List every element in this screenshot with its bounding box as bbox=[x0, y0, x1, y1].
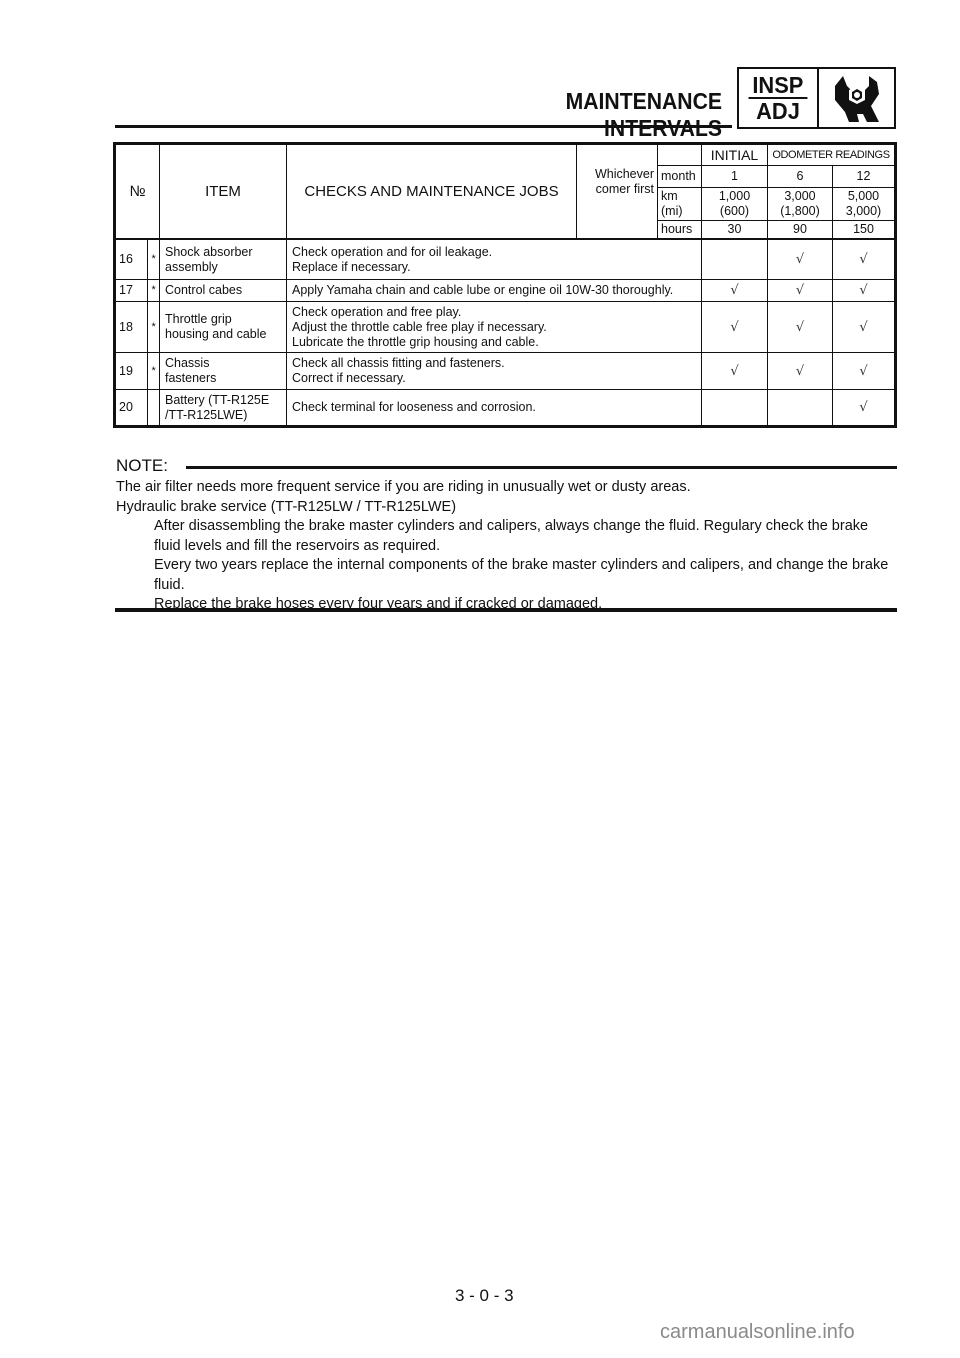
row-jobs: Check operation and for oil leakage.Repl… bbox=[287, 240, 702, 280]
interval-value-text: 1 bbox=[731, 169, 738, 184]
interval-value-text: 90 bbox=[793, 222, 807, 237]
section-logo: INSP ADJ bbox=[737, 67, 896, 129]
interval-unit-text: (mi) bbox=[661, 204, 683, 219]
note-line: Every two years replace the internal com… bbox=[116, 556, 898, 595]
header-item: ITEM bbox=[160, 145, 287, 240]
row-item: Throttle griphousing and cable bbox=[160, 302, 287, 353]
row-mark-text: * bbox=[152, 320, 156, 335]
row-check: √ bbox=[833, 280, 894, 302]
row-check bbox=[768, 390, 833, 425]
row-item-text: housing and cable bbox=[165, 327, 266, 342]
header-odometer-text: ODOMETER READINGS bbox=[772, 148, 889, 163]
row-item-text: Throttle grip bbox=[165, 312, 266, 327]
check-mark-icon: √ bbox=[730, 364, 738, 379]
row-check bbox=[702, 390, 768, 425]
page-number: 3 - 0 - 3 bbox=[455, 1286, 514, 1306]
row-item: Control cabes bbox=[160, 280, 287, 302]
check-mark-icon: √ bbox=[730, 283, 738, 298]
row-check: √ bbox=[833, 240, 894, 280]
row-number-text: 16 bbox=[119, 252, 133, 267]
row-jobs-text: Check all chassis fitting and fasteners. bbox=[292, 356, 505, 371]
interval-value: 6 bbox=[768, 166, 833, 188]
interval-value-text: 3,000 bbox=[780, 189, 820, 204]
note-line: Hydraulic brake service (TT-R125LW / TT-… bbox=[116, 498, 898, 518]
watermark: carmanualsonline.info bbox=[660, 1321, 855, 1344]
row-number: 17 bbox=[116, 280, 148, 302]
row-item-text: fasteners bbox=[165, 371, 216, 386]
interval-value-text: 5,000 bbox=[846, 189, 881, 204]
row-mark: * bbox=[148, 353, 160, 390]
interval-value-text: 1,000 bbox=[719, 189, 750, 204]
check-mark-icon: √ bbox=[796, 320, 804, 335]
interval-value: 3,000(1,800) bbox=[768, 188, 833, 221]
header-blank bbox=[658, 145, 702, 166]
row-jobs-text: Correct if necessary. bbox=[292, 371, 505, 386]
row-mark-text: * bbox=[152, 252, 156, 267]
row-check: √ bbox=[768, 240, 833, 280]
row-item-text: Control cabes bbox=[165, 283, 242, 298]
row-jobs-text: Check operation and free play. bbox=[292, 305, 547, 320]
header-initial-text: INITIAL bbox=[711, 148, 758, 163]
page-title: MAINTENANCE INTERVALS bbox=[444, 88, 722, 142]
row-mark: * bbox=[148, 280, 160, 302]
interval-unit-text: hours bbox=[661, 222, 692, 237]
interval-unit: km(mi) bbox=[658, 188, 702, 221]
interval-unit: month bbox=[658, 166, 702, 188]
header-whichever: Whichevercomer first bbox=[577, 145, 658, 240]
row-item-text: /TT-R125LWE) bbox=[165, 408, 269, 423]
row-number: 20 bbox=[116, 390, 148, 425]
check-mark-icon: √ bbox=[730, 320, 738, 335]
wrench-nut-icon bbox=[819, 69, 894, 127]
interval-value-text: (600) bbox=[719, 204, 750, 219]
note-rule bbox=[186, 466, 897, 469]
interval-value-text: 12 bbox=[857, 169, 871, 184]
interval-value-text: 3,000) bbox=[846, 204, 881, 219]
row-number: 16 bbox=[116, 240, 148, 280]
interval-value-text: (1,800) bbox=[780, 204, 820, 219]
header-jobs-text: CHECKS AND MAINTENANCE JOBS bbox=[304, 184, 558, 199]
row-check: √ bbox=[833, 390, 894, 425]
logo-adj: ADJ bbox=[756, 99, 800, 123]
row-jobs-text: Apply Yamaha chain and cable lube or eng… bbox=[292, 283, 673, 298]
logo-text: INSP ADJ bbox=[739, 69, 819, 127]
check-mark-icon: √ bbox=[859, 400, 867, 415]
check-mark-icon: √ bbox=[796, 283, 804, 298]
row-item: Battery (TT-R125E/TT-R125LWE) bbox=[160, 390, 287, 425]
interval-value: 12 bbox=[833, 166, 894, 188]
row-mark-text: * bbox=[152, 283, 156, 298]
row-number: 19 bbox=[116, 353, 148, 390]
row-jobs: Check terminal for looseness and corrosi… bbox=[287, 390, 702, 425]
header-whichever-text: comer first bbox=[579, 182, 654, 197]
note-line: The air filter needs more frequent servi… bbox=[116, 478, 898, 498]
row-item-text: Chassis bbox=[165, 356, 216, 371]
row-jobs: Check operation and free play.Adjust the… bbox=[287, 302, 702, 353]
row-jobs: Apply Yamaha chain and cable lube or eng… bbox=[287, 280, 702, 302]
row-jobs: Check all chassis fitting and fasteners.… bbox=[287, 353, 702, 390]
header-no-text: № bbox=[129, 184, 145, 199]
row-item: Chassisfasteners bbox=[160, 353, 287, 390]
row-check: √ bbox=[702, 353, 768, 390]
interval-value: 90 bbox=[768, 221, 833, 240]
row-check: √ bbox=[768, 353, 833, 390]
row-check: √ bbox=[768, 280, 833, 302]
note-body: The air filter needs more frequent servi… bbox=[116, 478, 898, 615]
interval-value-text: 150 bbox=[853, 222, 874, 237]
logo-insp: INSP bbox=[749, 73, 808, 99]
row-item-text: assembly bbox=[165, 260, 253, 275]
check-mark-icon: √ bbox=[859, 320, 867, 335]
check-mark-icon: √ bbox=[859, 252, 867, 267]
header-odometer: ODOMETER READINGS bbox=[768, 145, 894, 166]
interval-value: 150 bbox=[833, 221, 894, 240]
header-jobs: CHECKS AND MAINTENANCE JOBS bbox=[287, 145, 577, 240]
row-number: 18 bbox=[116, 302, 148, 353]
row-check bbox=[702, 240, 768, 280]
header-no: № bbox=[116, 145, 160, 240]
row-item: Shock absorberassembly bbox=[160, 240, 287, 280]
row-jobs-text: Check terminal for looseness and corrosi… bbox=[292, 400, 536, 415]
interval-value: 1,000(600) bbox=[702, 188, 768, 221]
interval-unit-text: month bbox=[661, 169, 696, 184]
row-item-text: Battery (TT-R125E bbox=[165, 393, 269, 408]
row-check: √ bbox=[833, 302, 894, 353]
row-mark: * bbox=[148, 240, 160, 280]
check-mark-icon: √ bbox=[796, 364, 804, 379]
interval-value-text: 6 bbox=[797, 169, 804, 184]
interval-value: 5,0003,000) bbox=[833, 188, 894, 221]
row-mark bbox=[148, 390, 160, 425]
interval-value: 30 bbox=[702, 221, 768, 240]
note-label: NOTE: bbox=[116, 456, 168, 476]
interval-unit-text: km bbox=[661, 189, 683, 204]
check-mark-icon: √ bbox=[859, 364, 867, 379]
interval-value: 1 bbox=[702, 166, 768, 188]
row-jobs-text: Lubricate the throttle grip housing and … bbox=[292, 335, 547, 350]
header-initial: INITIAL bbox=[702, 145, 768, 166]
note-line: After disassembling the brake master cyl… bbox=[116, 517, 898, 556]
row-check: √ bbox=[768, 302, 833, 353]
title-underline bbox=[115, 125, 732, 128]
interval-value-text: 30 bbox=[728, 222, 742, 237]
row-number-text: 20 bbox=[119, 400, 133, 415]
row-check: √ bbox=[833, 353, 894, 390]
row-number-text: 17 bbox=[119, 283, 133, 298]
maintenance-table: №ITEMCHECKS AND MAINTENANCE JOBSWhicheve… bbox=[113, 142, 897, 428]
row-number-text: 19 bbox=[119, 364, 133, 379]
row-item-text: Shock absorber bbox=[165, 245, 253, 260]
row-jobs-text: Check operation and for oil leakage. bbox=[292, 245, 492, 260]
row-jobs-text: Replace if necessary. bbox=[292, 260, 492, 275]
row-jobs-text: Adjust the throttle cable free play if n… bbox=[292, 320, 547, 335]
header-item-text: ITEM bbox=[205, 184, 241, 199]
row-mark-text: * bbox=[152, 364, 156, 379]
end-rule bbox=[115, 608, 897, 612]
check-mark-icon: √ bbox=[796, 252, 804, 267]
check-mark-icon: √ bbox=[859, 283, 867, 298]
interval-unit: hours bbox=[658, 221, 702, 240]
row-mark: * bbox=[148, 302, 160, 353]
row-number-text: 18 bbox=[119, 320, 133, 335]
header-whichever-text: Whichever bbox=[579, 167, 654, 182]
row-check: √ bbox=[702, 280, 768, 302]
row-check: √ bbox=[702, 302, 768, 353]
